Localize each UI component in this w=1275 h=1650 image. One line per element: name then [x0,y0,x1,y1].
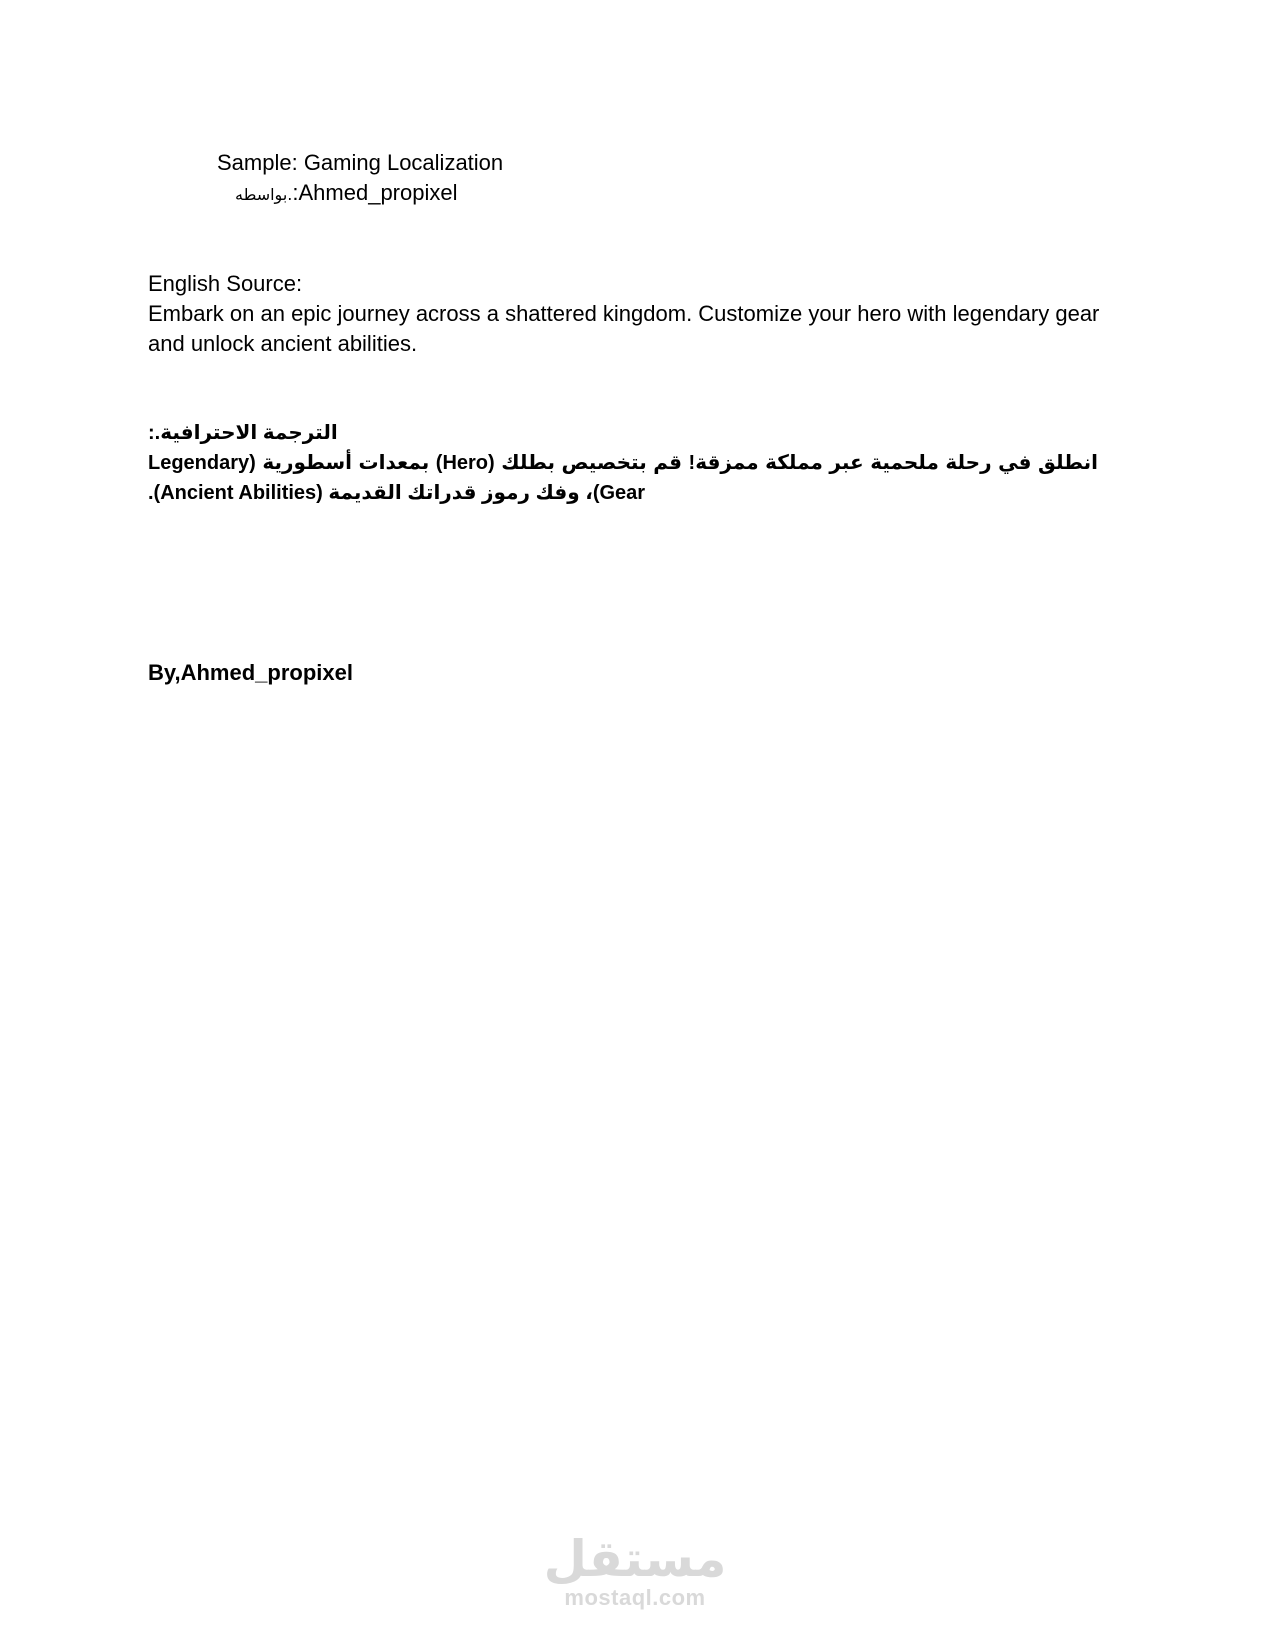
arabic-translation-text: انطلق في رحلة ملحمية عبر مملكة ممزقة! قم… [148,448,1098,508]
byline-name: Ahmed_propixel [299,180,458,205]
mostaql-watermark: مستقل mostaql.com [540,1532,730,1610]
byline: بواسطه.:Ahmed_propixel [217,178,503,210]
english-source-text: Embark on an epic journey across a shatt… [148,299,1108,359]
document-header: Sample: Gaming Localization بواسطه.:Ahme… [217,148,503,210]
document-title: Sample: Gaming Localization [217,148,503,178]
english-source-section: English Source: Embark on an epic journe… [148,269,1108,359]
document-page: Sample: Gaming Localization بواسطه.:Ahme… [0,0,1275,1650]
signature: By,Ahmed_propixel [148,660,353,686]
mostaql-logo-icon: مستقل [540,1532,730,1586]
watermark-domain: mostaql.com [540,1586,730,1610]
arabic-translation-heading: الترجمة الاحترافية.: [148,418,1098,448]
arabic-translation-section: الترجمة الاحترافية.: انطلق في رحلة ملحمي… [148,418,1098,508]
english-source-heading: English Source: [148,269,1108,299]
byline-label: بواسطه. [235,185,292,204]
